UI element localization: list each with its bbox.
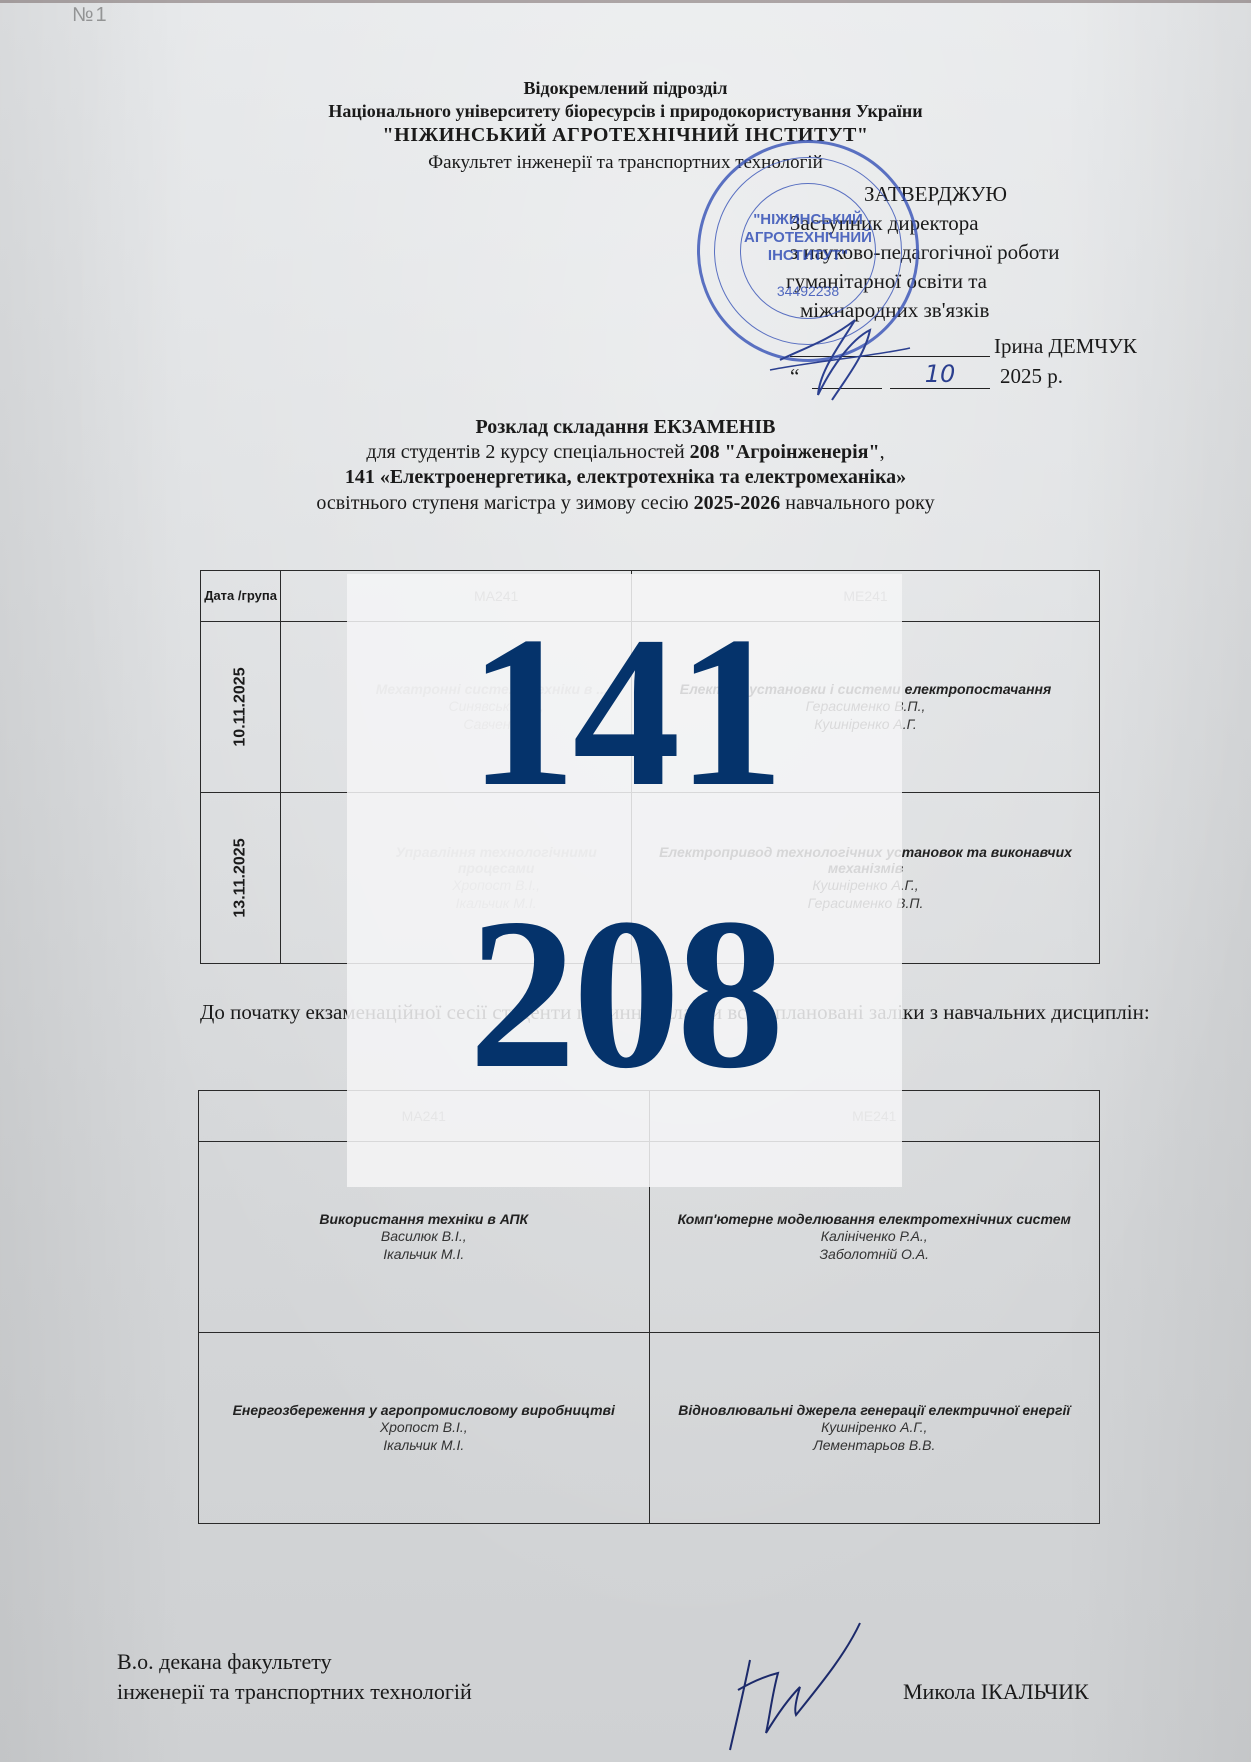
exam-date: 13.11.2025: [201, 793, 281, 964]
subject-name: Комп'ютерне моделювання електротехнічних…: [650, 1211, 1100, 1227]
schedule-subtitle: для студентів 2 курсу спеціальностей 208…: [0, 441, 1251, 464]
stamp-text: "НІЖИНСЬКИЙ: [700, 211, 916, 228]
schedule-degree-session: освітнього ступеня магістра у зимову сес…: [0, 492, 1251, 515]
dean-name: Микола ІКАЛЬЧИК: [903, 1677, 1089, 1707]
schedule-specialty: 141 «Електроенергетика, електротехніка т…: [0, 466, 1251, 489]
lecturer: Ікальчик М.І.: [199, 1436, 649, 1454]
lecturer: Лементарьов В.В.: [650, 1436, 1100, 1454]
handwritten-corner-mark: №1: [72, 4, 109, 27]
subject-name: Використання техніки в АПК: [199, 1211, 649, 1227]
dean-position: В.о. декана факультету інженерії та тран…: [117, 1647, 472, 1707]
stamp-text: АГРОТЕХНІЧНИЙ: [700, 229, 916, 246]
header-university: Національного університету біоресурсів і…: [0, 101, 1251, 122]
date-quote-mark: “: [790, 362, 799, 391]
subject-name: Відновлювальні джерела генерації електри…: [650, 1402, 1100, 1418]
stamp-code: 34492238: [700, 283, 916, 299]
lecturer: Заболотній О.А.: [650, 1245, 1100, 1263]
header-institute: "НІЖИНСЬКИЙ АГРОТЕХНІЧНИЙ ІНСТИТУТ": [0, 124, 1251, 147]
official-stamp: "НІЖИНСЬКИЙ АГРОТЕХНІЧНИЙ ІНСТИТУТ" 3449…: [697, 140, 919, 362]
lecturer: Василюк В.І.,: [199, 1227, 649, 1245]
date-month-field: 10: [890, 362, 990, 389]
credit-cell: Відновлювальні джерела генерації електри…: [649, 1333, 1100, 1524]
subject-name: Енергозбереження у агропромисловому виро…: [199, 1402, 649, 1418]
dean-position-line: інженерії та транспортних технологій: [117, 1677, 472, 1707]
lecturer: Кушніренко А.Г.,: [650, 1418, 1100, 1436]
table-row: Енергозбереження у агропромисловому виро…: [199, 1333, 1100, 1524]
schedule-title: Розклад складання ЕКЗАМЕНІВ: [0, 416, 1251, 439]
lecturer: Калініченко Р.А.,: [650, 1227, 1100, 1245]
specialty-number-overlay: 141 208: [347, 574, 902, 1187]
header-subdivision: Відокремлений підрозділ: [0, 78, 1251, 99]
exam-date: 10.11.2025: [201, 622, 281, 793]
date-group-header: Дата /група: [201, 571, 281, 622]
lecturer: Хропост В.І.,: [199, 1418, 649, 1436]
header-faculty: Факультет інженерії та транспортних техн…: [0, 152, 1251, 174]
credit-cell: Енергозбереження у агропромисловому виро…: [199, 1333, 650, 1524]
specialty-number-208: 208: [347, 886, 902, 1102]
specialty-number-141: 141: [347, 604, 902, 820]
page-top-edge: [0, 0, 1251, 3]
stamp-text: ІНСТИТУТ": [700, 247, 916, 264]
lecturer: Ікальчик М.І.: [199, 1245, 649, 1263]
dean-signature-icon: [700, 1615, 870, 1760]
approver-name: Ірина ДЕМЧУК: [994, 332, 1137, 361]
date-year: 2025 р.: [1000, 362, 1063, 391]
dean-position-line: В.о. декана факультету: [117, 1647, 472, 1677]
date-day-field: [812, 362, 882, 389]
